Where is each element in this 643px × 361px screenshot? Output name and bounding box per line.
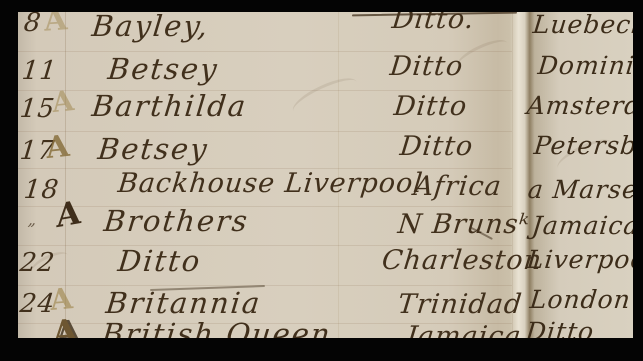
ship-name: Backhouse Liverpool (117, 170, 425, 197)
port: Luebeck (532, 12, 643, 37)
ship-name: Britannia (104, 289, 262, 318)
letterbox-bar-bottom (0, 338, 643, 361)
ship-name: Brothers (102, 207, 250, 236)
letterbox-bar-right (633, 0, 643, 361)
clearance-mark: A (49, 284, 74, 315)
port: Amsterdam (526, 93, 643, 118)
entry-number: 22 (19, 250, 57, 276)
row-rule (18, 285, 512, 286)
destination: Africa (413, 173, 504, 200)
port: London (529, 287, 633, 312)
port: a Marseille (527, 177, 643, 202)
destination: Trinidad (397, 291, 524, 318)
port: Liverpool (526, 247, 643, 272)
port: Petersburg (533, 133, 643, 158)
letterbox-bar-left (0, 0, 18, 361)
entry-number: 11 (21, 58, 59, 84)
ship-name: Betsey (106, 55, 220, 84)
row-rule (18, 206, 512, 207)
ledger-photo: 8 A Bayley, Ditto. Luebeck 11 Betsey Dit… (0, 0, 643, 361)
ship-name: Barthilda (90, 92, 248, 121)
entry-number: „ (27, 212, 38, 228)
entry-number: 8 (23, 10, 43, 36)
port: Dominica (537, 53, 643, 78)
port: Jamaica (531, 213, 641, 238)
ship-name: Bayley, (90, 12, 210, 41)
destination: Ditto (389, 53, 465, 80)
destination: Ditto (393, 93, 469, 120)
destination: N Brunsᵏ (397, 211, 531, 238)
destination: Charleston (381, 247, 544, 274)
ship-name: Ditto (116, 247, 202, 276)
clearance-mark: A (51, 87, 76, 117)
letterbox-bar-top (0, 0, 643, 12)
clearance-mark: A (56, 196, 82, 233)
ship-name: Betsey (96, 135, 210, 164)
destination: Ditto (399, 133, 475, 160)
clearance-mark: A (44, 132, 70, 164)
